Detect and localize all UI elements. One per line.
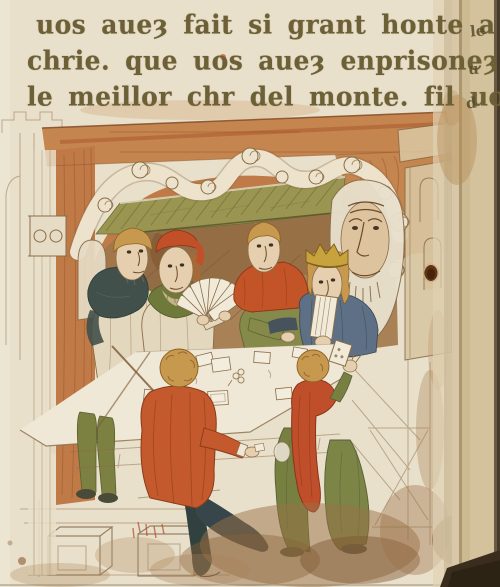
facing-page-fragment-3: d: [465, 93, 478, 112]
text-line-2: chrie. que uos aueȝ enprisoneȝ: [27, 45, 499, 76]
facing-page-fragment-2: u: [468, 60, 480, 79]
left-capital: [28, 216, 68, 256]
facing-page-fragment-1: le: [469, 21, 486, 40]
text-line-1: uos aueȝ fait si grant honte a: [36, 9, 495, 40]
manuscript-page: uos aueȝ fait si grant honte a chrie. qu…: [0, 0, 500, 587]
parchment-hole: [424, 264, 439, 282]
left-pilaster: [28, 150, 56, 575]
text-line-3: le meillor chr del monte. fil uos: [27, 81, 500, 112]
curly-hair: [160, 349, 198, 387]
